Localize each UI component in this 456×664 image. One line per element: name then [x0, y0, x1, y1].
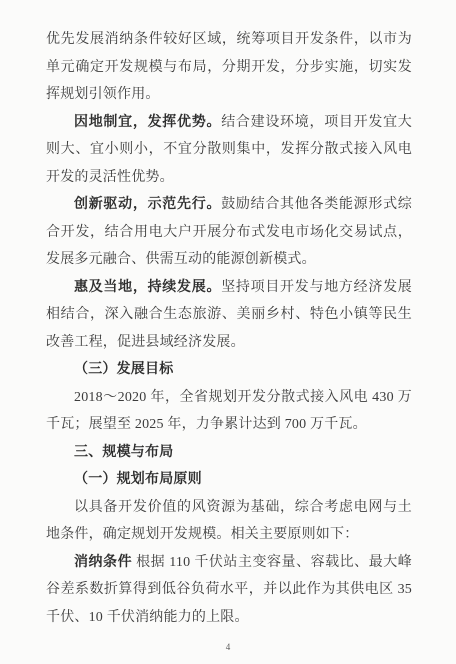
- page-number: 4: [0, 642, 456, 652]
- paragraph-lead: 因地制宜，发挥优势。: [74, 115, 221, 130]
- section-heading: （一）规划布局原则: [46, 466, 412, 494]
- section-heading: （三）发展目标: [46, 356, 412, 384]
- document-body: 优先发展消纳条件较好区域，统筹项目开发条件，以市为单元确定开发规模与布局，分期开…: [46, 26, 412, 631]
- chapter-heading: 三、规模与布局: [46, 439, 412, 467]
- paragraph: 惠及当地，持续发展。坚持项目开发与地方经济发展相结合，深入融合生态旅游、美丽乡村…: [46, 274, 412, 357]
- paragraph-lead: 惠及当地，持续发展。: [74, 280, 221, 295]
- paragraph: 消纳条件 根据 110 千伏站主变容量、容载比、最大峰谷差系数折算得到低谷负荷水…: [46, 549, 412, 632]
- paragraph-lead: 消纳条件: [74, 555, 132, 570]
- document-page: 优先发展消纳条件较好区域，统筹项目开发条件，以市为单元确定开发规模与布局，分期开…: [0, 0, 456, 664]
- paragraph: 优先发展消纳条件较好区域，统筹项目开发条件，以市为单元确定开发规模与布局，分期开…: [46, 26, 412, 109]
- paragraph-text: 2018～2020 年，全省规划开发分散式接入风电 430 万千瓦；展望至 20…: [46, 390, 412, 433]
- paragraph: 创新驱动，示范先行。鼓励结合其他各类能源形式综合开发，结合用电大户开展分布式发电…: [46, 191, 412, 274]
- paragraph-text: 优先发展消纳条件较好区域，统筹项目开发条件，以市为单元确定开发规模与布局，分期开…: [46, 32, 412, 102]
- paragraph-text: 以具备开发价值的风资源为基础，综合考虑电网与土地条件，确定规划开发规模。相关主要…: [46, 500, 412, 543]
- paragraph: 以具备开发价值的风资源为基础，综合考虑电网与土地条件，确定规划开发规模。相关主要…: [46, 494, 412, 549]
- paragraph: 2018～2020 年，全省规划开发分散式接入风电 430 万千瓦；展望至 20…: [46, 384, 412, 439]
- paragraph: 因地制宜，发挥优势。结合建设环境，项目开发宜大则大、宜小则小，不宜分散则集中，发…: [46, 109, 412, 192]
- paragraph-lead: 创新驱动，示范先行。: [74, 197, 221, 212]
